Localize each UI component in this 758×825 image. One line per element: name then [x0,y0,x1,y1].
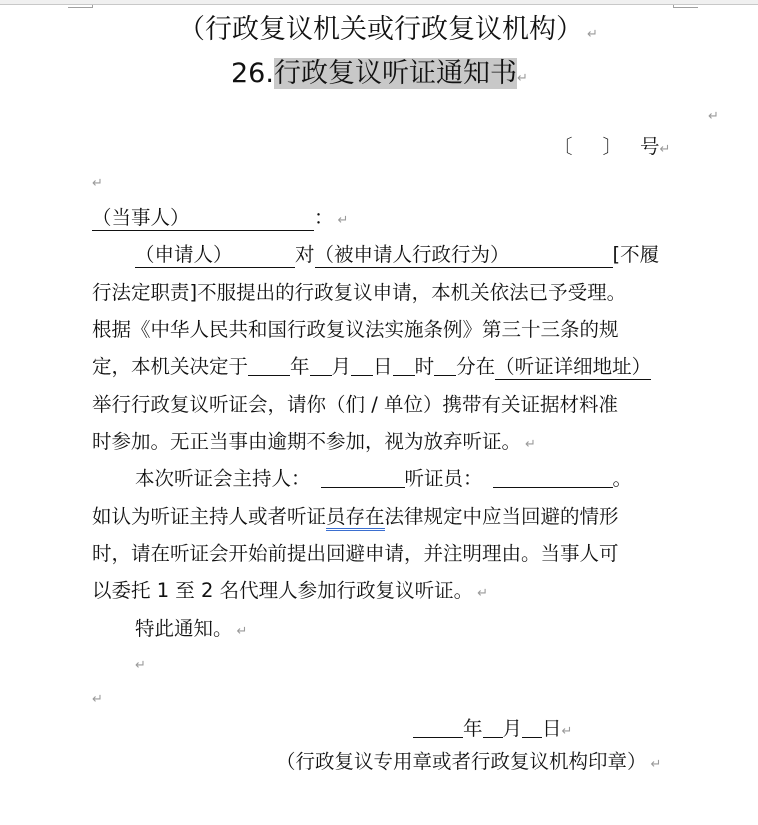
para1-line5: 举行行政复议听证会，请你（们 / 单位）携带有关证据材料准 [92,392,618,418]
hour-blank[interactable] [393,355,415,376]
sign-year-blank[interactable] [413,717,463,738]
paragraph-mark-icon: ↵ [477,586,488,601]
paragraph-mark-icon: ↵ [562,724,573,739]
heading-organization[interactable]: （行政复议机关或行政复议机构）↵ [178,12,598,53]
paragraph-mark-icon: ↵ [92,692,103,707]
selected-title-text[interactable]: 行政复议听证通知书 [274,58,517,89]
addressee-line[interactable]: （当事人）：↵ [92,205,348,234]
para2-line4: 以委托 1 至 2 名代理人参加行政复议听证。↵ [92,578,488,607]
sign-month-blank[interactable] [483,717,503,738]
para2-line3: 时，请在听证会开始前提出回避申请，并注明理由。当事人可 [92,541,619,567]
paragraph-mark-icon: ↵ [708,109,719,124]
paragraph-mark-icon: ↵ [525,437,536,452]
paragraph-mark-icon: ↵ [587,27,598,42]
para2-line2: 如认为听证主持人或者听证员存在法律规定中应当回避的情形 [92,504,619,530]
empty-paragraph[interactable]: ↵ [131,650,146,679]
paragraph-mark-icon: ↵ [660,142,671,157]
paragraph-mark-icon: ↵ [135,658,146,673]
empty-paragraph[interactable]: ↵ [704,101,719,130]
document-title[interactable]: 26.行政复议听证通知书↵ [231,56,528,97]
closing-line: 特此通知。↵ [135,616,247,645]
respondent-act-field[interactable]: （被申请人行政行为） [315,243,613,268]
seal-line: （行政复议专用章或者行政复议机构印章）↵ [276,749,661,778]
para1-line3: 根据《中华人民共和国行政复议法实施条例》第三十三条的规 [92,317,619,343]
para1-line2: 行法定职责]不服提出的行政复议申请，本机关依法已予受理。 [92,280,626,306]
hearing-member-blank[interactable] [493,467,613,488]
margin-corner-mark-right [673,5,698,8]
empty-paragraph[interactable]: ↵ [88,168,103,197]
paragraph-mark-icon: ↵ [517,71,528,86]
minute-blank[interactable] [434,355,456,376]
sign-day-blank[interactable] [522,717,542,738]
host-blank[interactable] [321,467,405,488]
para1-line1[interactable]: （申请人）对（被申请人行政行为）[不履 [135,242,659,268]
addressee-field[interactable]: （当事人） [92,206,314,231]
month-blank[interactable] [310,355,332,376]
empty-paragraph[interactable]: ↵ [88,684,103,713]
para2-line1[interactable]: 本次听证会主持人：听证员：。 [135,466,632,492]
hearing-address-field[interactable]: （听证详细地址） [495,355,651,380]
applicant-field[interactable]: （申请人） [135,243,295,268]
paragraph-mark-icon: ↵ [651,757,662,772]
paragraph-mark-icon: ↵ [92,176,103,191]
grammar-flagged-text[interactable]: 员存在 [326,505,385,531]
page-top-edge [0,0,758,5]
paragraph-mark-icon: ↵ [237,624,248,639]
paragraph-mark-icon: ↵ [338,213,349,228]
margin-corner-mark-left [68,5,93,8]
day-blank[interactable] [351,355,373,376]
document-number[interactable]: 〔〕号↵ [553,134,670,163]
para1-line6: 时参加。无正当事由逾期不参加，视为放弃听证。↵ [92,429,536,458]
signature-date[interactable]: 年月日↵ [413,716,572,745]
para1-line4[interactable]: 定，本机关决定于年月日时分在（听证详细地址） [92,354,651,380]
year-blank[interactable] [248,355,290,376]
